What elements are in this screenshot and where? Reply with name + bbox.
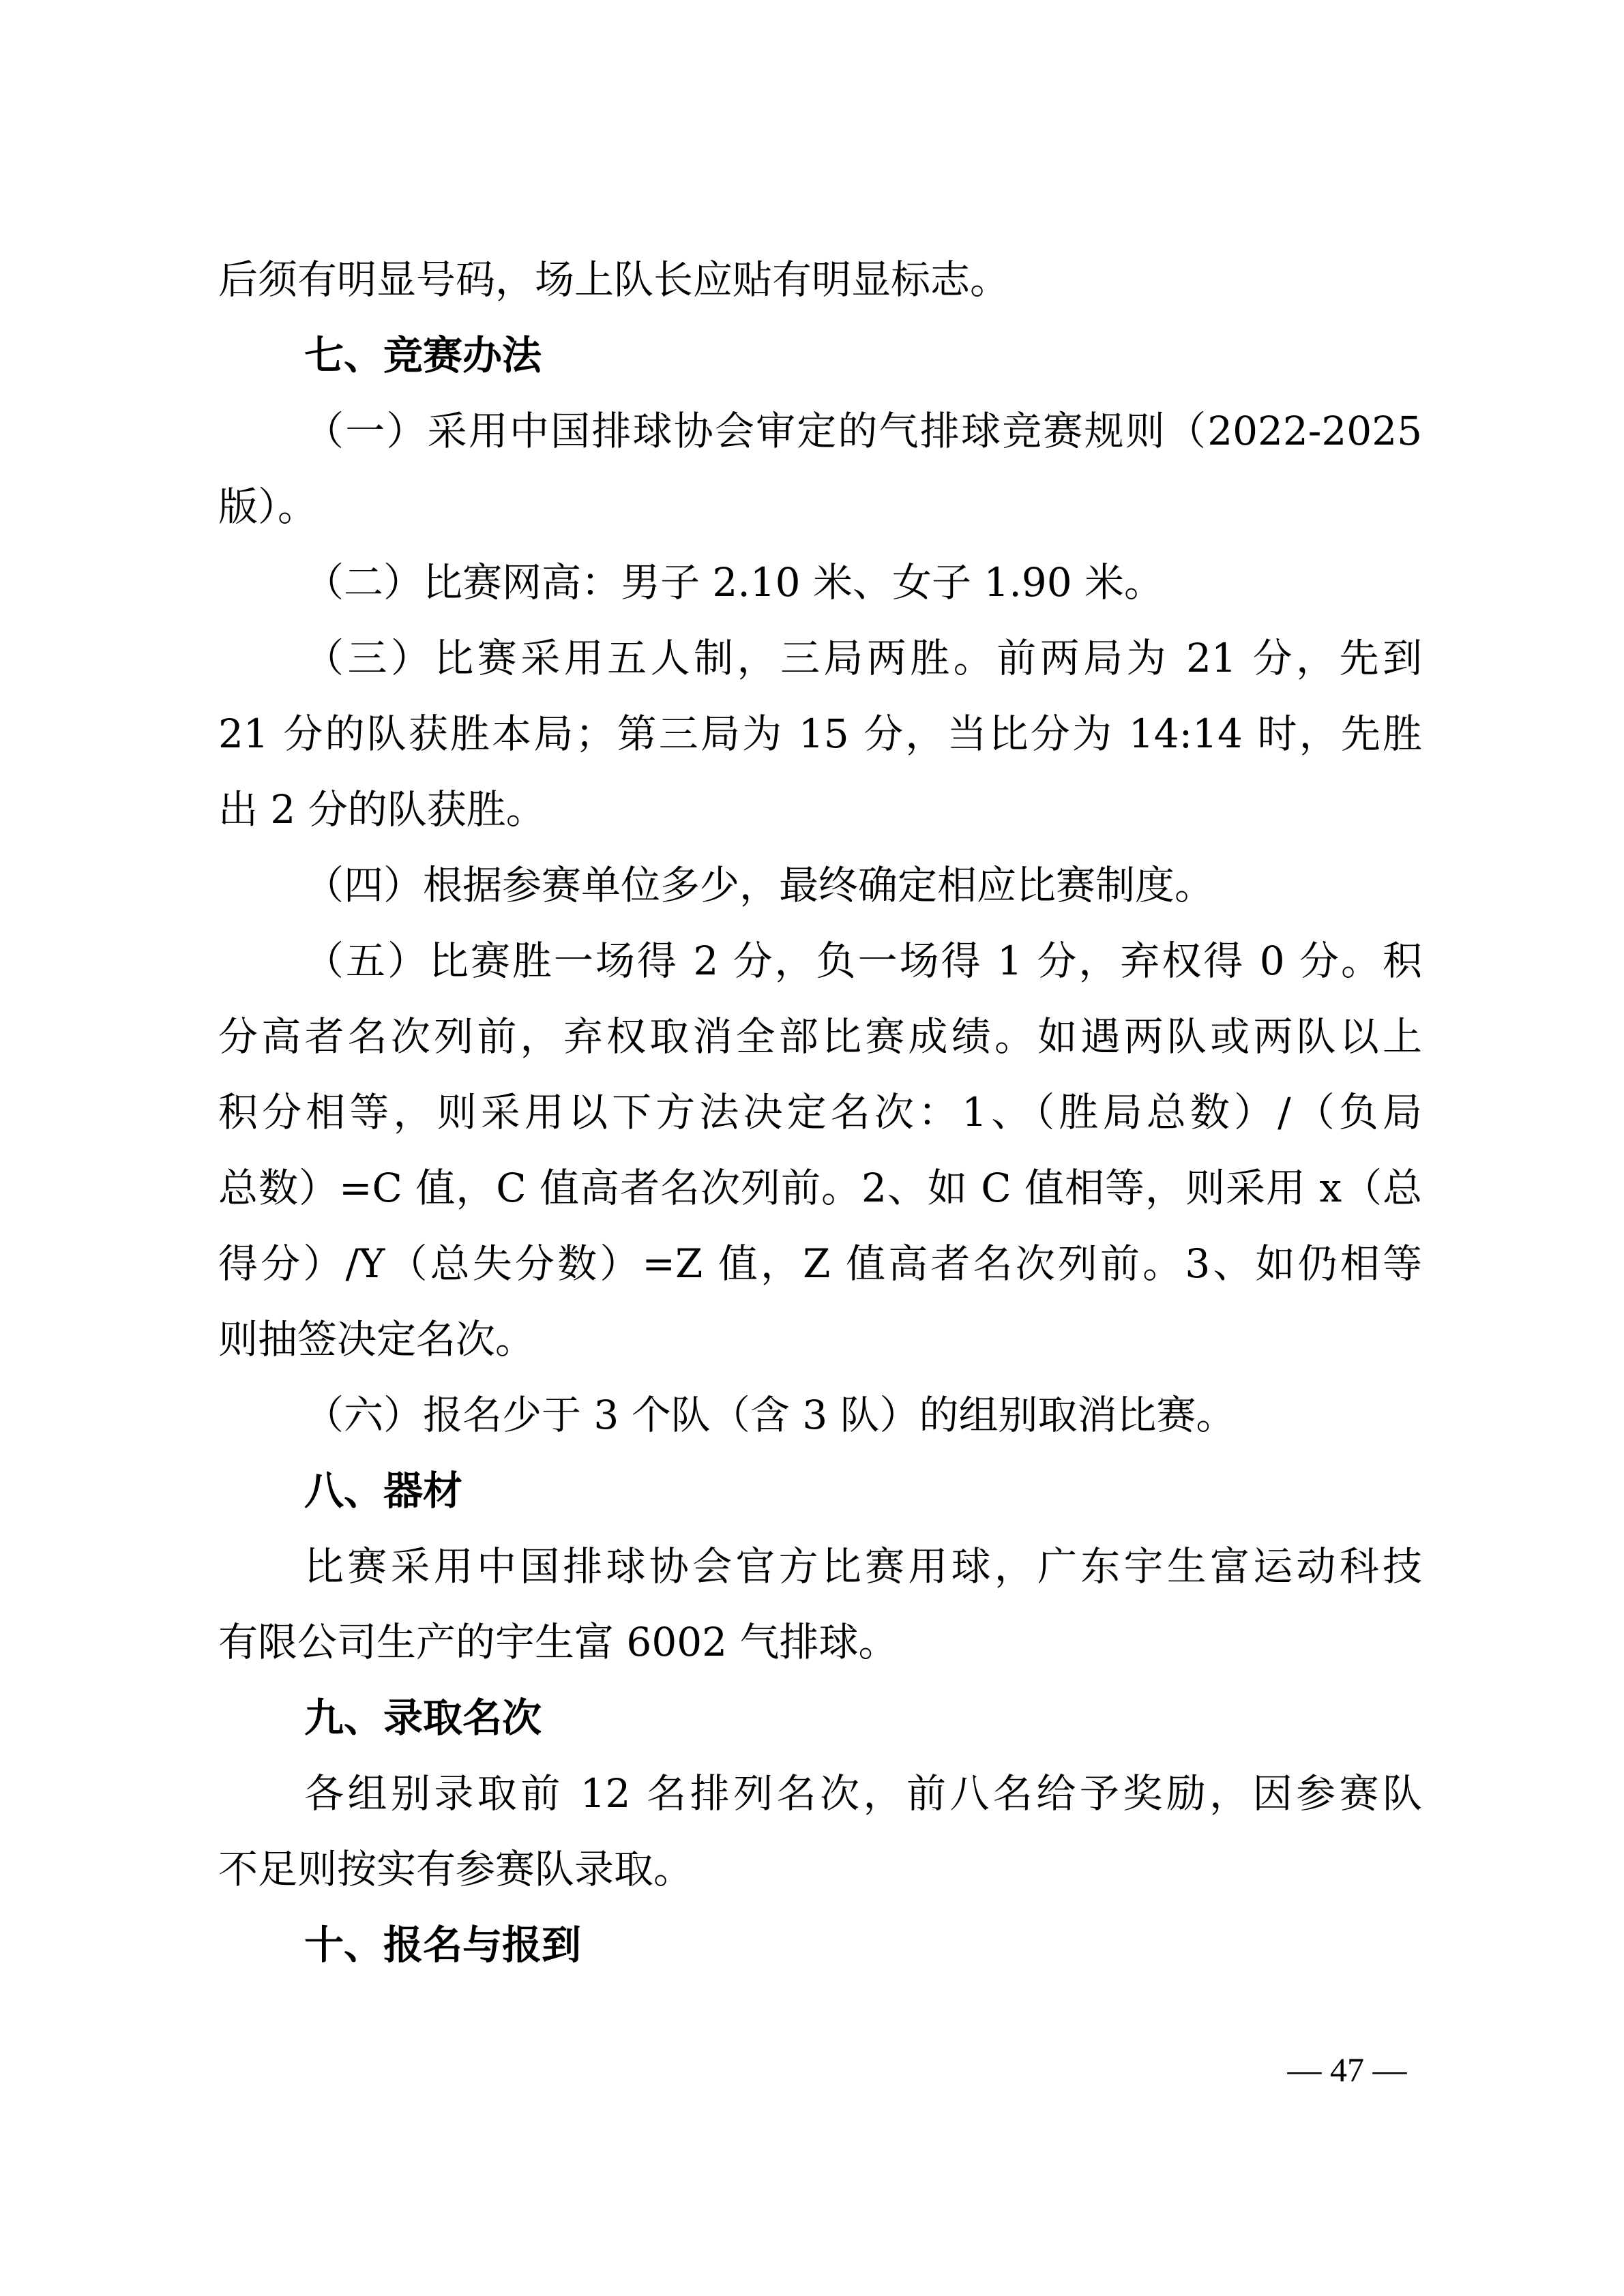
equipment-line-1: 比赛采用中国排球协会官方比赛用球，广东宇生富运动科技 bbox=[218, 1529, 1422, 1605]
rule-6: （六）报名少于 3 个队（含 3 队）的组别取消比赛。 bbox=[218, 1377, 1422, 1453]
paragraph-line-continuation: 后须有明显号码，场上队长应贴有明显标志。 bbox=[218, 242, 1422, 318]
rule-5-line-1: （五）比赛胜一场得 2 分，负一场得 1 分，弃权得 0 分。积 bbox=[218, 923, 1422, 999]
rule-1-line-1: （一）采用中国排球协会审定的气排球竞赛规则（2022-2025 bbox=[218, 393, 1422, 469]
rule-3-line-1: （三）比赛采用五人制，三局两胜。前两局为 21 分，先到 bbox=[218, 621, 1422, 696]
equipment-line-2: 有限公司生产的宇生富 6002 气排球。 bbox=[218, 1605, 1422, 1680]
rule-3-line-2: 21 分的队获胜本局；第三局为 15 分，当比分为 14:14 时，先胜 bbox=[218, 696, 1422, 772]
rule-5-line-4: 总数）=C 值，C 值高者名次列前。2、如 C 值相等，则采用 x（总 bbox=[218, 1150, 1422, 1226]
rule-2-net-height: （二）比赛网高：男子 2.10 米、女子 1.90 米。 bbox=[218, 545, 1422, 621]
rule-5-line-3: 积分相等，则采用以下方法决定名次：1、（胜局总数）/（负局 bbox=[218, 1075, 1422, 1150]
section-heading-registration: 十、报名与报到 bbox=[218, 1907, 1422, 1983]
rule-3-line-3: 出 2 分的队获胜。 bbox=[218, 772, 1422, 848]
section-heading-competition-method: 七、竞赛办法 bbox=[218, 318, 1422, 393]
section-heading-equipment: 八、器材 bbox=[218, 1453, 1422, 1529]
section-heading-rankings: 九、录取名次 bbox=[218, 1680, 1422, 1756]
rule-5-line-5: 得分）/Y（总失分数）=Z 值，Z 值高者名次列前。3、如仍相等 bbox=[218, 1226, 1422, 1302]
rule-5-line-6: 则抽签决定名次。 bbox=[218, 1302, 1422, 1377]
rule-4: （四）根据参赛单位多少，最终确定相应比赛制度。 bbox=[218, 848, 1422, 923]
page-number: — 47 — bbox=[1269, 2049, 1426, 2090]
rule-1-line-2: 版）。 bbox=[218, 469, 1422, 545]
rule-5-line-2: 分高者名次列前，弃权取消全部比赛成绩。如遇两队或两队以上 bbox=[218, 999, 1422, 1075]
rankings-line-2: 不足则按实有参赛队录取。 bbox=[218, 1832, 1422, 1907]
rankings-line-1: 各组别录取前 12 名排列名次，前八名给予奖励，因参赛队 bbox=[218, 1756, 1422, 1832]
